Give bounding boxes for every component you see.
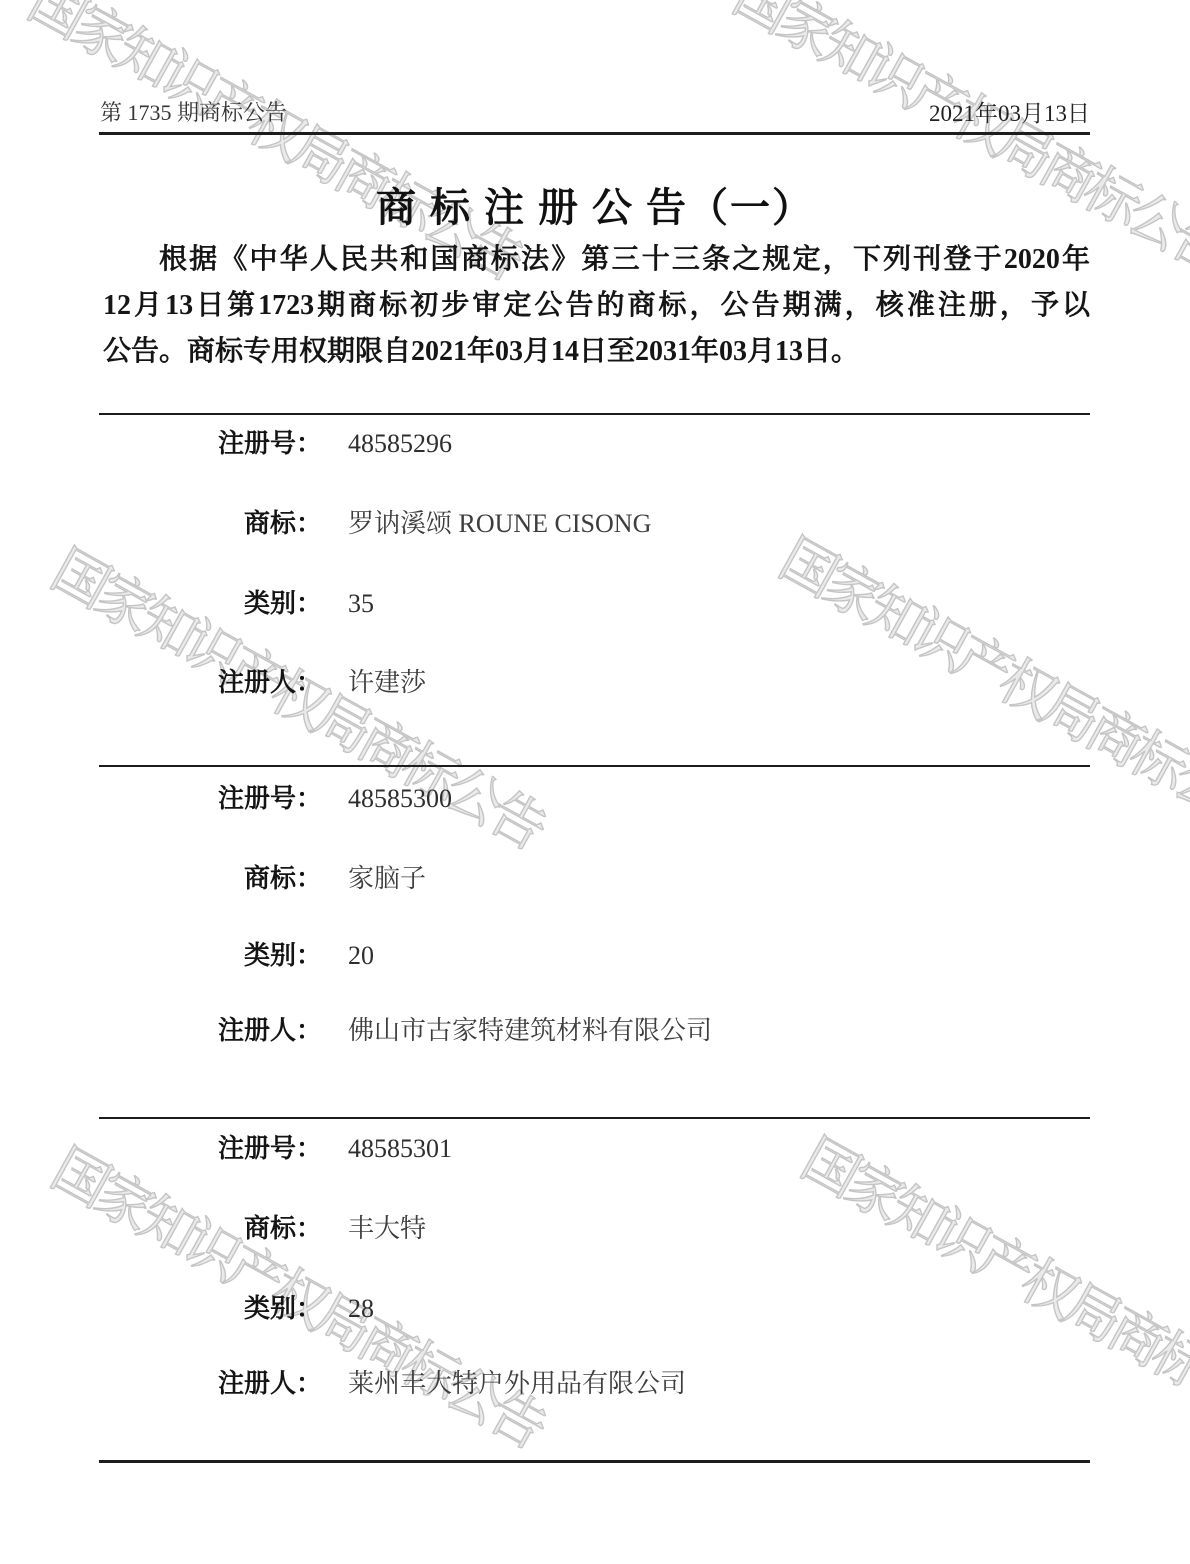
field-label-class: 类别： — [100, 1293, 322, 1325]
record-row-reg-no: 注册号： 48585300 — [100, 783, 1090, 815]
record-row-reg-no: 注册号： 48585301 — [100, 1133, 1090, 1165]
record-row-class: 类别： 20 — [100, 940, 1090, 972]
class-value: 35 — [348, 588, 374, 620]
mark-value: 罗讷溪颂 ROUNE CISONG — [348, 508, 651, 540]
date-label: 2021年03月13日 — [929, 95, 1090, 128]
registrant-value: 许建莎 — [348, 667, 426, 699]
field-label-reg-no: 注册号： — [100, 428, 322, 460]
record-row-registrant: 注册人： 莱州丰大特户外用品有限公司 — [100, 1368, 1090, 1400]
record-row-class: 类别： 28 — [100, 1293, 1090, 1325]
field-label-registrant: 注册人： — [100, 667, 322, 699]
record-row-mark: 商标： 家脑子 — [100, 863, 1090, 895]
mark-value: 家脑子 — [348, 863, 426, 895]
field-label-reg-no: 注册号： — [100, 783, 322, 815]
record-row-registrant: 注册人： 佛山市古家特建筑材料有限公司 — [100, 1015, 1090, 1047]
field-label-class: 类别： — [100, 940, 322, 972]
field-label-class: 类别： — [100, 588, 322, 620]
field-label-registrant: 注册人： — [100, 1015, 322, 1047]
record-row-registrant: 注册人： 许建莎 — [100, 667, 1090, 699]
field-label-mark: 商标： — [100, 1213, 322, 1245]
field-label-mark: 商标： — [100, 508, 322, 540]
issue-label: 第 1735 期商标公告 — [100, 96, 287, 127]
record-row-reg-no: 注册号： 48585296 — [100, 428, 1090, 460]
record-divider — [99, 765, 1090, 767]
field-label-mark: 商标： — [100, 863, 322, 895]
record-row-mark: 商标： 丰大特 — [100, 1213, 1090, 1245]
page-title: 商 标 注 册 公 告（一） — [0, 176, 1190, 233]
registrant-value: 莱州丰大特户外用品有限公司 — [348, 1368, 686, 1400]
bottom-rule — [99, 1460, 1090, 1463]
reg-no-value: 48585301 — [348, 1133, 452, 1165]
intro-line-1: 根据《中华人民共和国商标法》第三十三条之规定，下列刊登于2020年 — [103, 237, 1090, 283]
header-rule — [99, 132, 1090, 135]
record-divider — [99, 1117, 1090, 1119]
record-divider — [99, 413, 1090, 415]
reg-no-value: 48585296 — [348, 428, 452, 460]
reg-no-value: 48585300 — [348, 783, 452, 815]
field-label-reg-no: 注册号： — [100, 1133, 322, 1165]
registrant-value: 佛山市古家特建筑材料有限公司 — [348, 1015, 712, 1047]
mark-value: 丰大特 — [348, 1213, 426, 1245]
class-value: 28 — [348, 1293, 374, 1325]
class-value: 20 — [348, 940, 374, 972]
intro-line-2: 12月13日第1723期商标初步审定公告的商标，公告期满，核准注册，予以 — [103, 283, 1090, 329]
record-row-mark: 商标： 罗讷溪颂 ROUNE CISONG — [100, 508, 1090, 540]
watermark-text: 国家知识产权局商标公告 — [789, 1116, 1190, 1453]
intro-paragraph: 根据《中华人民共和国商标法》第三十三条之规定，下列刊登于2020年 12月13日… — [103, 237, 1090, 375]
record-row-class: 类别： 35 — [100, 588, 1090, 620]
intro-line-3: 公告。商标专用权期限自2021年03月14日至2031年03月13日。 — [103, 329, 1090, 375]
gazette-page: 国家知识产权局商标公告 国家知识产权局商标公告 国家知识产权局商标公告 国家知识… — [0, 0, 1190, 1564]
field-label-registrant: 注册人： — [100, 1368, 322, 1400]
